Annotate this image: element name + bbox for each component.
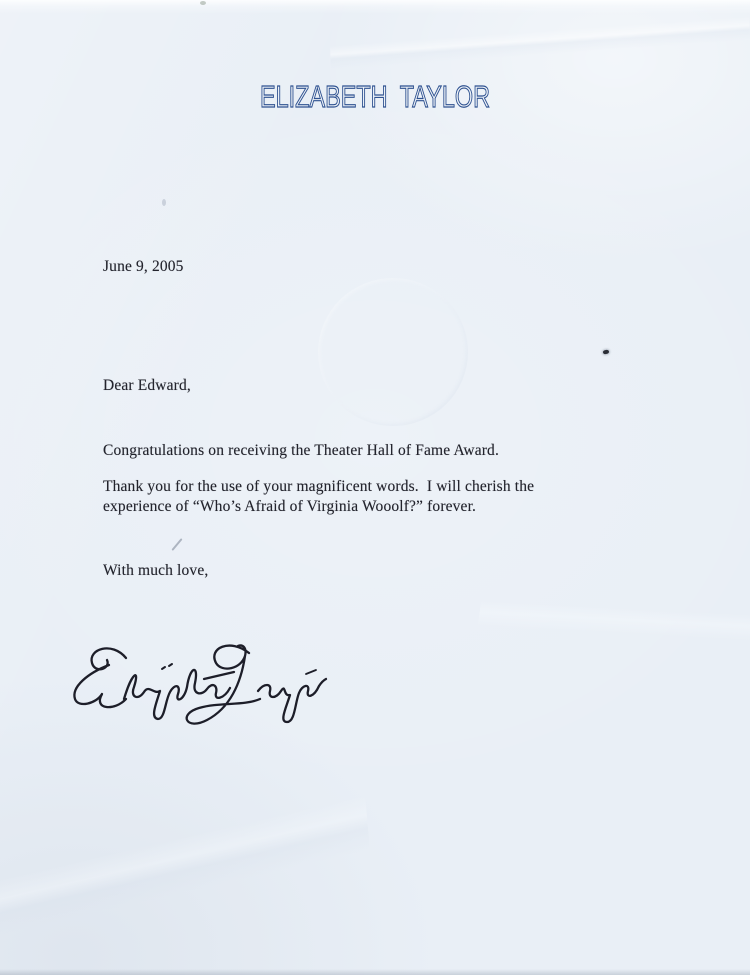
paper-crease	[0, 773, 375, 947]
salutation: Dear Edward,	[103, 377, 191, 395]
letterhead-text: ELIZABETH TAYLOR	[260, 79, 490, 114]
signature-aylor-stroke	[258, 679, 326, 722]
letter-page: ELIZABETH TAYLOR June 9, 2005 Dear Edwar…	[0, 0, 750, 975]
signature-i-dots	[162, 664, 172, 669]
paper-bottom-edge	[0, 969, 750, 975]
letterhead: ELIZABETH TAYLOR	[0, 76, 750, 118]
closing-line: With much love,	[103, 562, 208, 580]
paper-top-edge	[0, 0, 750, 14]
signature-capital-t-stroke	[187, 645, 260, 723]
signature-t-crossbar	[204, 672, 234, 679]
body-paragraph-1: Congratulations on receiving the Theater…	[103, 442, 499, 460]
paper-crease	[473, 540, 750, 701]
embossed-watermark	[318, 278, 468, 426]
handwritten-signature	[64, 638, 330, 738]
pen-slash-mark	[171, 538, 182, 551]
signature-end-dash	[306, 670, 316, 674]
ink-speck	[603, 350, 610, 355]
faint-speck	[162, 199, 166, 206]
signature-capital-e-stroke	[74, 648, 126, 707]
body-paragraph-2: Thank you for the use of your magnificen…	[103, 477, 563, 516]
letter-date: June 9, 2005	[103, 258, 184, 276]
